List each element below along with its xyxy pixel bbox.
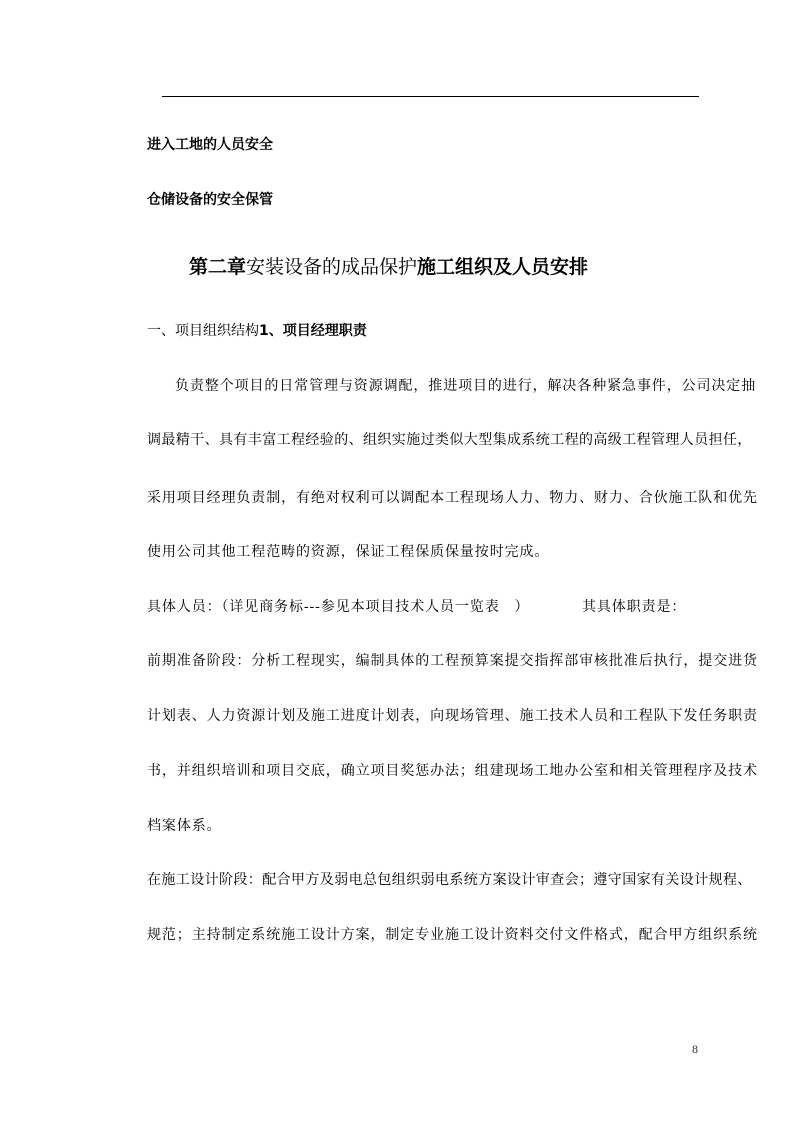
paragraph2-line3: 书，并组织培训和项目交底，确立项目奖惩办法；组建现场工地办公室和相关管理程序及技… — [147, 763, 758, 779]
section-heading-part2: 1、项目经理职责 — [259, 323, 367, 339]
paragraph2-line4: 档案体系。 — [147, 818, 222, 834]
paragraph3-line2: 规范；主持制定系统施工设计方案，制定专业施工设计资料交付文件格式，配合甲方组织系… — [147, 927, 758, 943]
chapter-title-suffix: 施工组织及人员安排 — [417, 256, 588, 278]
chapter-title-prefix: 第二章 — [189, 256, 246, 278]
paragraph2-line1: 前期准备阶段：分析工程现实，编制具体的工程预算案提交指挥部审核批准后执行，提交进… — [147, 653, 758, 669]
section-heading-part1: 一、项目组织结构 — [147, 323, 259, 339]
personnel-line-left: 具体人员：（详见商务标---参见本项目技术人员一览表 ） — [147, 599, 529, 615]
paragraph3-line1: 在施工设计阶段：配合甲方及弱电总包组织弱电系统方案设计审查会；遵守国家有关设计规… — [147, 872, 752, 888]
chapter-title: 第二章安装设备的成品保护施工组织及人员安排 — [189, 256, 588, 278]
paragraph1-line3: 采用项目经理负责制，有绝对权利可以调配本工程现场人力、物力、财力、合伙施工队和优… — [147, 490, 758, 506]
header-rule — [162, 96, 699, 97]
paragraph1-line1: 负责整个项目的日常管理与资源调配，推进项目的进行，解决各种紧急事件，公司决定抽 — [175, 378, 756, 394]
paragraph1-line2: 调最精干、具有丰富工程经验的、组织实施过类似大型集成系统工程的高级工程管理人员担… — [147, 432, 752, 448]
personnel-line-right: 其具体职责是： — [582, 599, 686, 615]
section-heading: 一、项目组织结构1、项目经理职责 — [147, 323, 367, 339]
paragraph2-line2: 计划表、人力资源计划及施工进度计划表，向现场管理、施工技术人员和工程队下发任务职… — [147, 708, 758, 724]
subheading-storage-safety: 仓储设备的安全保管 — [147, 192, 273, 208]
page-number: 8 — [692, 1042, 698, 1057]
chapter-title-middle: 安装设备的成品保护 — [246, 256, 417, 278]
subheading-personnel-safety: 进入工地的人员安全 — [147, 137, 273, 153]
paragraph1-line4: 使用公司其他工程范畴的资源，保证工程保质保量按时完成。 — [147, 544, 549, 560]
